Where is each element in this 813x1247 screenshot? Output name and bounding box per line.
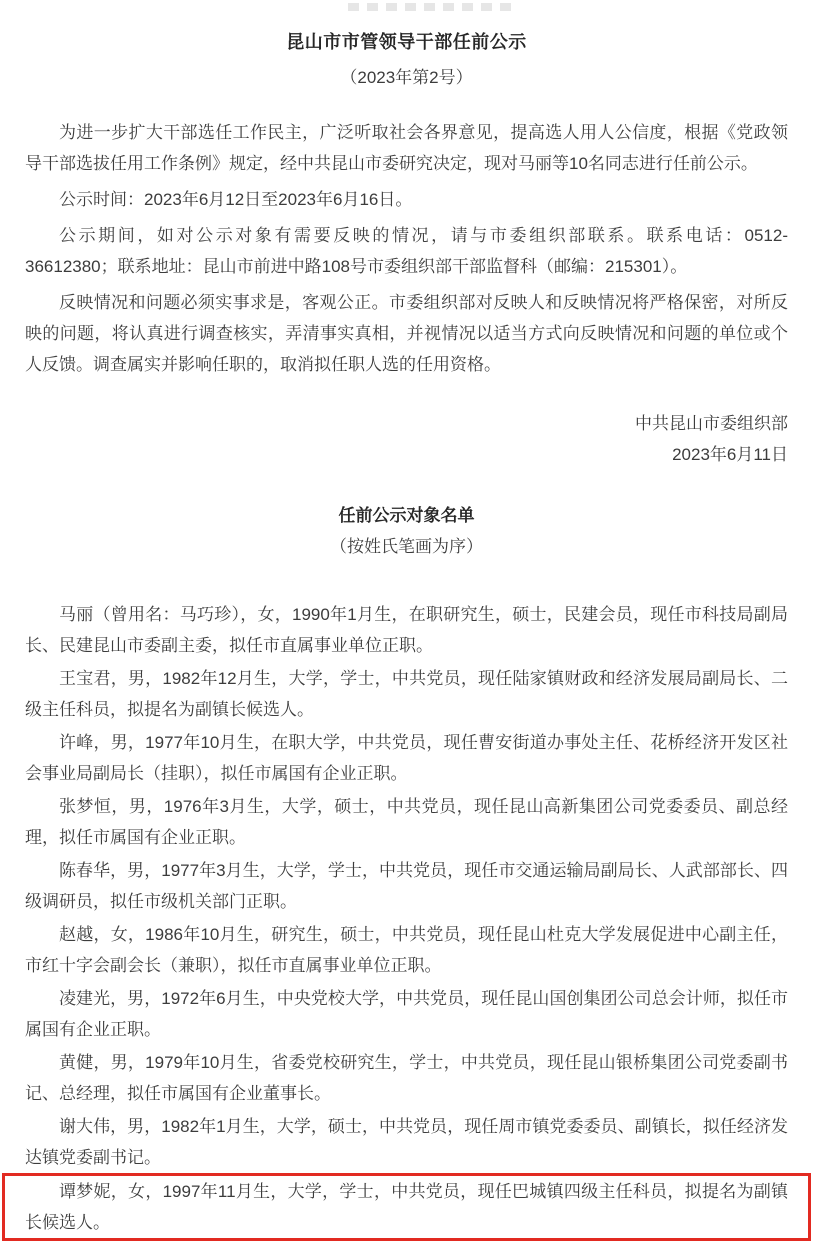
person-entry: 谢大伟，男，1982年1月生，大学，硕士，中共党员，现任周市镇党委委员、副镇长，… — [25, 1111, 788, 1173]
signature-block: 中共昆山市委组织部 2023年6月11日 — [25, 408, 788, 470]
issue-date: 2023年6月11日 — [25, 439, 788, 470]
document-title: 昆山市市管领导干部任前公示 — [25, 30, 788, 54]
cropped-text-artifact — [348, 3, 516, 11]
person-entry: 黄健，男，1979年10月生，省委党校研究生，学士，中共党员，现任昆山银桥集团公… — [25, 1047, 788, 1109]
publicity-period-paragraph: 公示时间：2023年6月12日至2023年6月16日。 — [25, 184, 788, 215]
person-entry: 赵越，女，1986年10月生，研究生，硕士，中共党员，现任昆山杜克大学发展促进中… — [25, 919, 788, 981]
feedback-policy-paragraph: 反映情况和问题必须实事求是，客观公正。市委组织部对反映人和反映情况将严格保密，对… — [25, 287, 788, 380]
intro-section: 为进一步扩大干部选任工作民主，广泛听取社会各界意见，提高选人用人公信度，根据《党… — [25, 117, 788, 380]
person-entry: 凌建光，男，1972年6月生，中央党校大学，中共党员，现任昆山国创集团公司总会计… — [25, 983, 788, 1045]
intro-paragraph: 为进一步扩大干部选任工作民主，广泛听取社会各界意见，提高选人用人公信度，根据《党… — [25, 117, 788, 179]
list-title: 任前公示对象名单 — [25, 500, 788, 531]
issuer-signature: 中共昆山市委组织部 — [25, 408, 788, 439]
list-sort-note: （按姓氏笔画为序） — [25, 531, 788, 562]
announcement-document: 昆山市市管领导干部任前公示 （2023年第2号） 为进一步扩大干部选任工作民主，… — [0, 0, 813, 1241]
person-entry: 许峰，男，1977年10月生，在职大学，中共党员，现任曹安街道办事处主任、花桥经… — [25, 727, 788, 789]
person-entry: 王宝君，男，1982年12月生，大学，学士，中共党员，现任陆家镇财政和经济发展局… — [25, 663, 788, 725]
person-entry: 张梦恒，男，1976年3月生，大学，硕士，中共党员，现任昆山高新集团公司党委委员… — [25, 791, 788, 853]
person-entry: 马丽（曾用名：马巧珍），女，1990年1月生，在职研究生，硕士，民建会员，现任市… — [25, 599, 788, 661]
candidate-list: 马丽（曾用名：马巧珍），女，1990年1月生，在职研究生，硕士，民建会员，现任市… — [25, 599, 788, 1241]
person-entry: 陈春华，男，1977年3月生，大学，学士，中共党员，现任市交通运输局副局长、人武… — [25, 855, 788, 917]
highlight-box: 谭梦妮，女，1997年11月生，大学，学士，中共党员，现任巴城镇四级主任科员，拟… — [2, 1173, 811, 1241]
highlighted-person-entry: 谭梦妮，女，1997年11月生，大学，学士，中共党员，现任巴城镇四级主任科员，拟… — [25, 1176, 788, 1238]
contact-info-paragraph: 公示期间，如对公示对象有需要反映的情况，请与市委组织部联系。联系电话：0512-… — [25, 220, 788, 282]
document-number: （2023年第2号） — [25, 66, 788, 90]
